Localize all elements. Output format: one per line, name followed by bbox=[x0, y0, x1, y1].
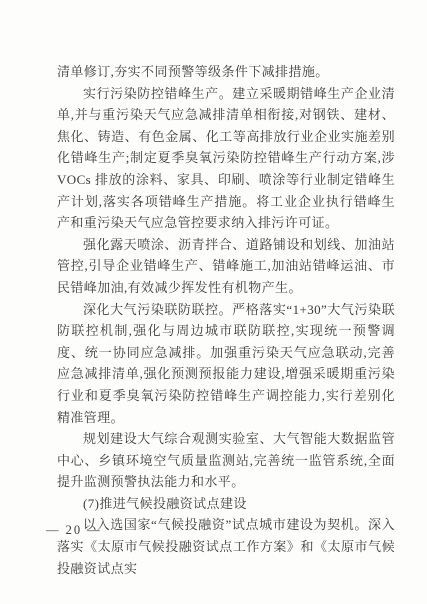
section-heading-climate-finance: (7)推进气候投融资试点建设 bbox=[57, 493, 395, 515]
paragraph-staggered-production: 实行污染防控错峰生产。建立采暖期错峰生产企业清单,并与重污染天气应急减排清单相衔… bbox=[57, 83, 395, 234]
page-number: — 20 — bbox=[46, 523, 102, 538]
document-page: 清单修订,夯实不同预警等级条件下减排措施。 实行污染防控错峰生产。建立采暖期错峰… bbox=[0, 0, 427, 604]
paragraph-joint-prevention: 深化大气污染联防联控。严格落实“1+30”大气污染联防联控机制,强化与周边城市联… bbox=[57, 299, 395, 429]
page-body-text: 清单修订,夯实不同预警等级条件下减排措施。 实行污染防控错峰生产。建立采暖期错峰… bbox=[57, 61, 395, 579]
paragraph-voc-control: 强化露天喷涂、沥青拌合、道路铺设和划线、加油站管控,引导企业错峰生产、错峰施工,… bbox=[57, 234, 395, 299]
paragraph-climate-finance-pilot: 以入选国家“气候投融资”试点城市建设为契机。深入落实《太原市气候投融资试点工作方… bbox=[57, 514, 395, 579]
paragraph-monitoring-network: 规划建设大气综合观测实验室、大气智能大数据监管中心、乡镇环境空气质量监测站,完善… bbox=[57, 428, 395, 493]
paragraph-continuation: 清单修订,夯实不同预警等级条件下减排措施。 bbox=[57, 61, 395, 83]
